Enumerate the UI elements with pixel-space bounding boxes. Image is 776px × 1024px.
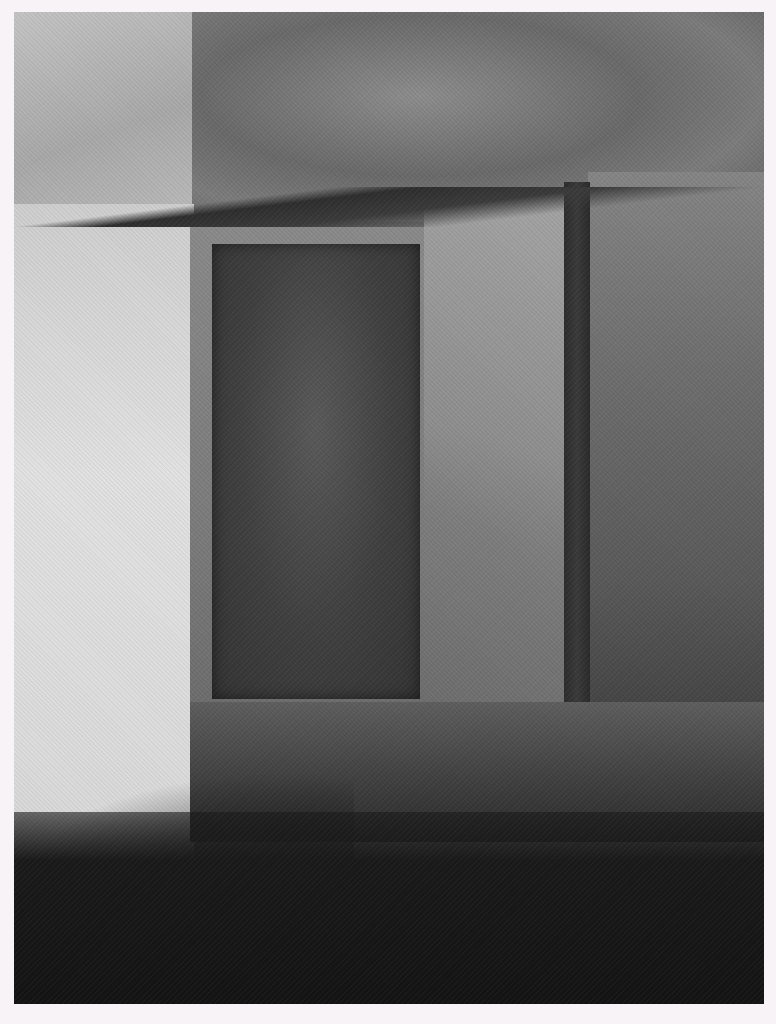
photograph xyxy=(14,12,764,1004)
film-grain xyxy=(14,12,764,1004)
